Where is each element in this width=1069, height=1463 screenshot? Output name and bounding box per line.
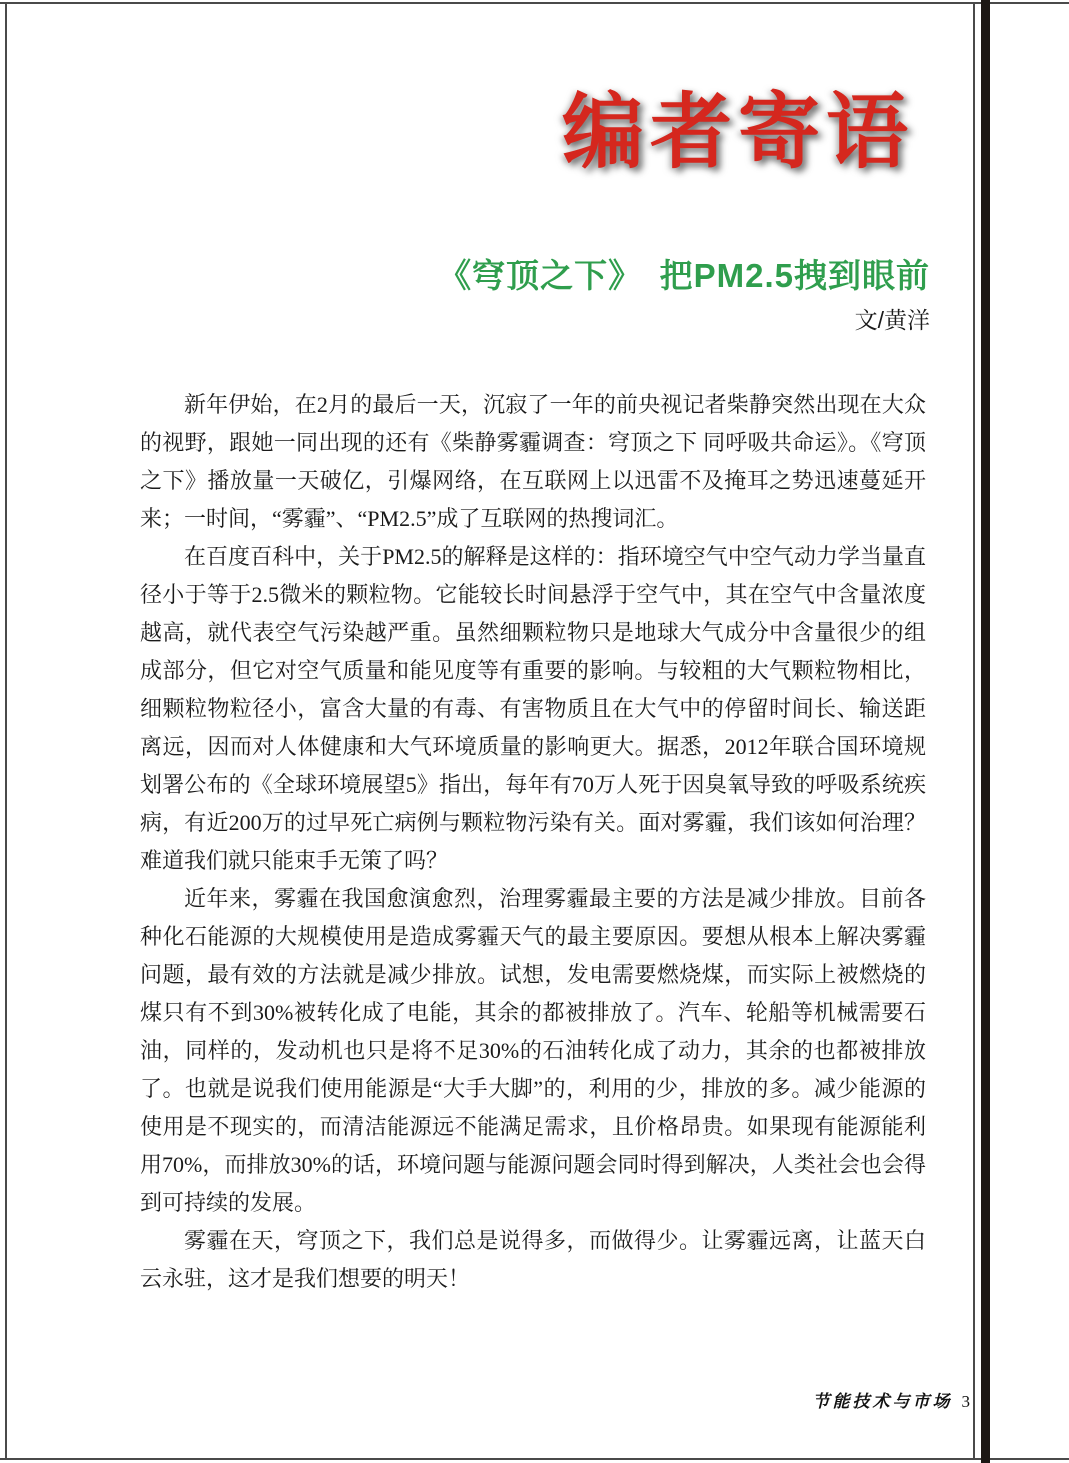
page-border-left [5,2,7,1460]
body-paragraph: 雾霾在天，穹顶之下，我们总是说得多，而做得少。让雾霾远离，让蓝天白云永驻，这才是… [140,1222,926,1298]
body-paragraph: 近年来，雾霾在我国愈演愈烈，治理雾霾最主要的方法是减少排放。目前各种化石能源的大… [140,880,926,1222]
article-title: 《穹顶之下》 把PM2.5拽到眼前 [438,256,930,296]
page-footer: 节能技术与市场3 [813,1391,971,1413]
footer-journal-name: 节能技术与市场 [813,1392,953,1411]
body-paragraph: 在百度百科中，关于PM2.5的解释是这样的：指环境空气中空气动力学当量直径小于等… [140,538,926,880]
page-border-bottom [0,1458,1069,1460]
body-paragraph: 新年伊始，在2月的最后一天，沉寂了一年的前央视记者柴静突然出现在大众的视野，跟她… [140,386,926,538]
article-byline: 文/黄洋 [855,307,930,335]
masthead-title: 编者寄语 [562,86,914,180]
magazine-page: 编者寄语 《穹顶之下》 把PM2.5拽到眼前 文/黄洋 新年伊始，在2月的最后一… [0,0,1069,1463]
page-border-top [0,2,1069,4]
page-edge-bar [981,0,990,1463]
article-body: 新年伊始，在2月的最后一天，沉寂了一年的前央视记者柴静突然出现在大众的视野，跟她… [140,386,926,1298]
footer-page-number: 3 [962,1392,971,1411]
page-border-right [973,2,975,1460]
